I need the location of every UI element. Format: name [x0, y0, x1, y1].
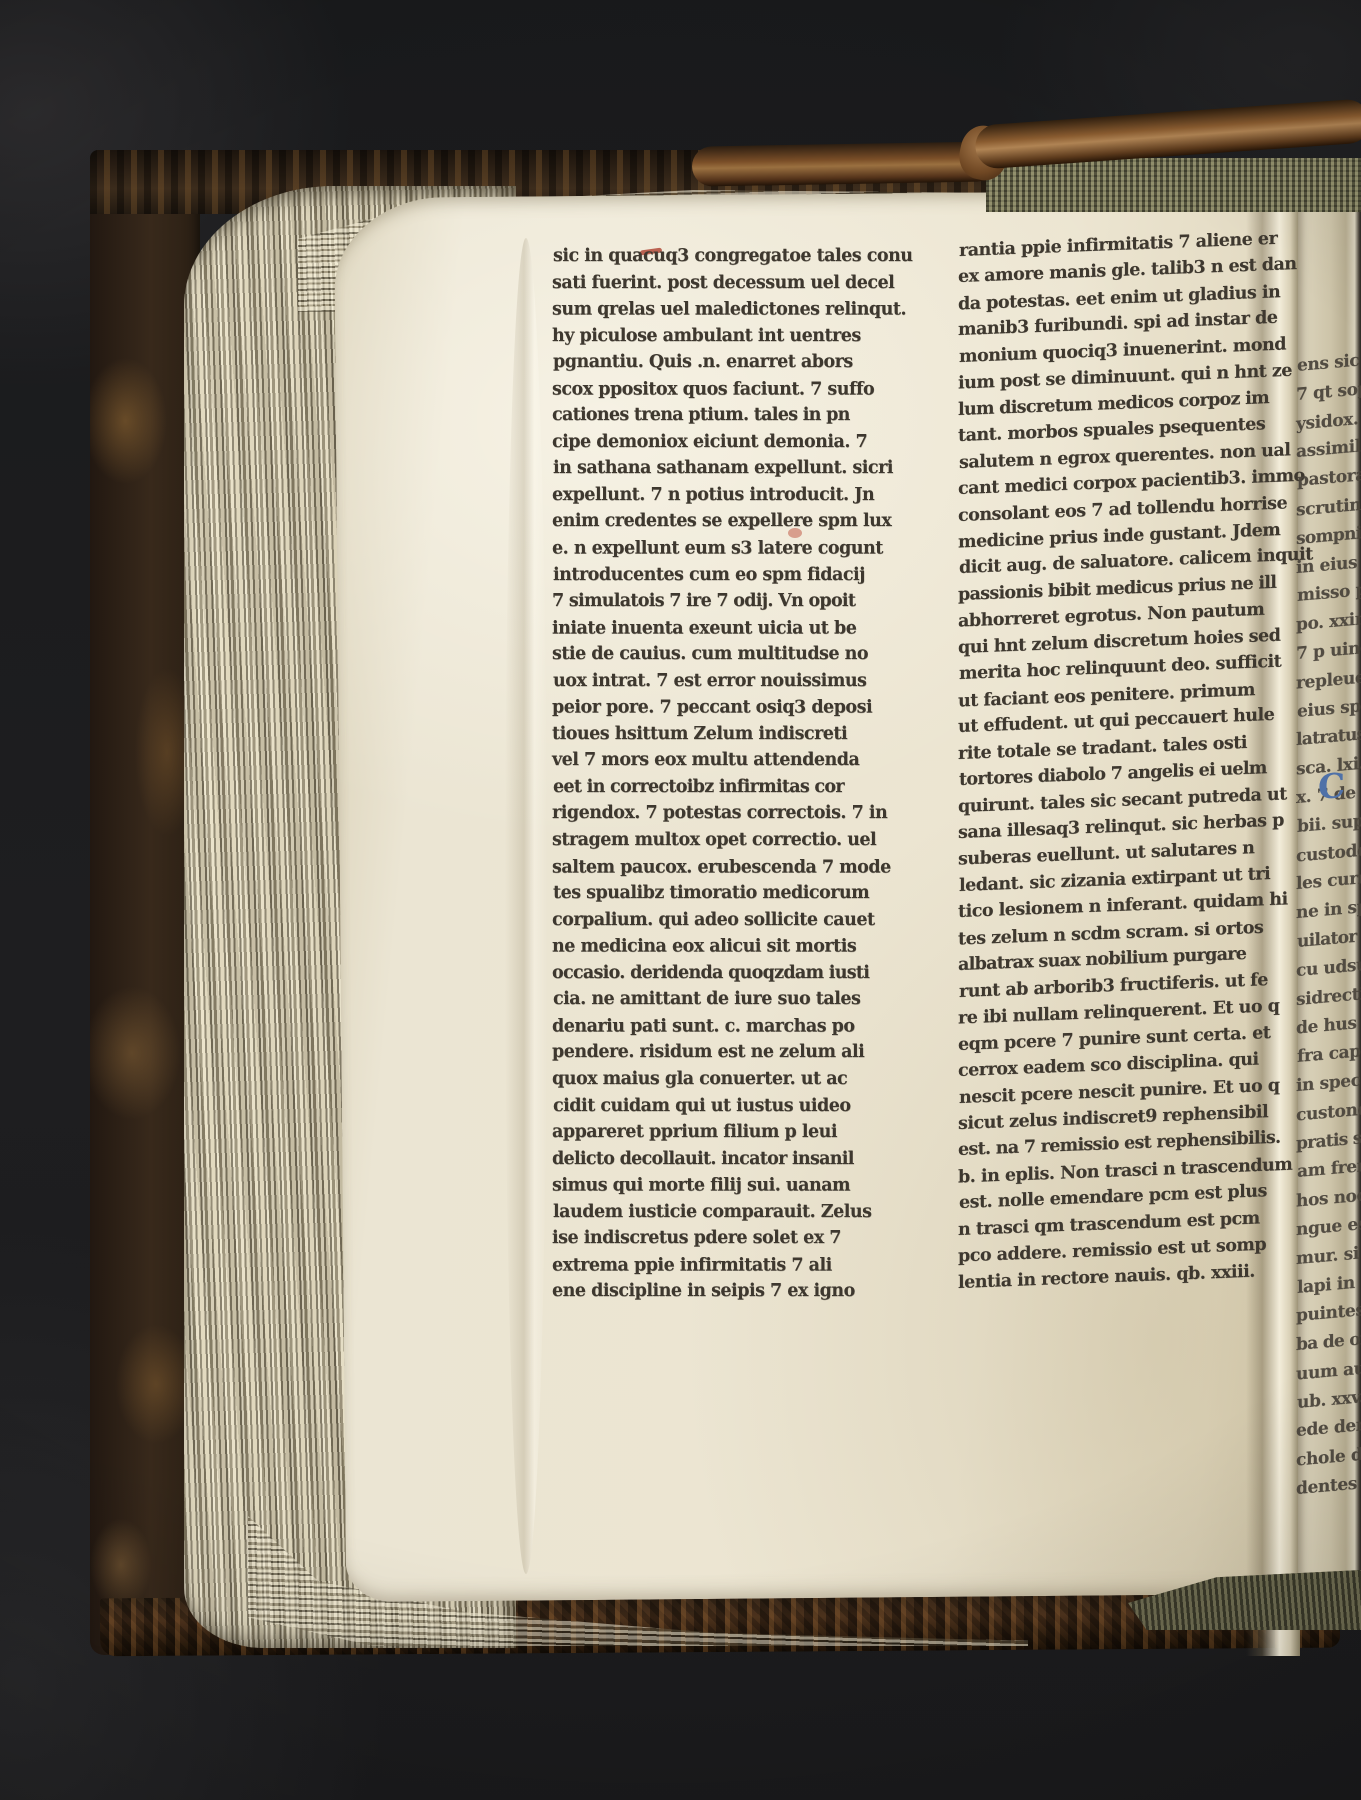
manuscript-line: simus qui morte filij sui. uanam: [552, 1173, 944, 1200]
manuscript-line: corpalium. qui adeo sollicite cauet: [552, 907, 944, 934]
manuscript-line: pgnantiu. Quis .n. enarret abors: [553, 349, 945, 376]
manuscript-line: introducentes cum eo spm fidacij: [553, 562, 945, 589]
manuscript-line: enim credentes se expellere spm lux: [552, 508, 944, 535]
manuscript-line: scox ppositox quos faciunt. 7 suffo: [552, 376, 944, 403]
manuscript-line: iniate inuenta exeunt uicia ut be: [552, 615, 944, 642]
manuscript-line: laudem iusticie comparauit. Zelus: [553, 1199, 945, 1226]
manuscript-line: delicto decollauit. incator insanil: [552, 1146, 944, 1173]
manuscript-line: stragem multox opet correctio. uel: [552, 827, 944, 854]
manuscript-line: ne medicina eox alicui sit mortis: [552, 934, 944, 961]
manuscript-line: cationes trena ptium. tales in pn: [552, 402, 944, 429]
manuscript-line: sic in quacuq3 congregatoe tales conu: [553, 243, 945, 270]
manuscript-line: extrema ppie infirmitatis 7 ali: [552, 1252, 944, 1279]
manuscript-line: peior pore. 7 peccant osiq3 deposi: [552, 695, 944, 722]
manuscript-line: e. n expellunt eum s3 latere cogunt: [552, 536, 944, 563]
manuscript-line: cia. ne amittant de iure suo tales: [553, 986, 945, 1013]
spine-cloth-top: [986, 158, 1361, 212]
manuscript-photograph: sic in quacuq3 congregatoe tales conusat…: [0, 0, 1361, 1800]
manuscript-line: ene discipline in seipis 7 ex igno: [552, 1278, 944, 1305]
manuscript-line: quox maius gla conuerter. ut ac: [552, 1066, 944, 1093]
text-column-right: rantia ppie infirmitatis 7 aliene erex a…: [958, 225, 1300, 1296]
manuscript-line: uox intrat. 7 est error nouissimus: [553, 668, 945, 695]
manuscript-line: tioues hsittum Zelum indiscreti: [552, 721, 944, 748]
manuscript-line: stie de cauius. cum multitudse no: [552, 641, 944, 668]
manuscript-line: rigendox. 7 potestas correctois. 7 in: [552, 800, 944, 827]
manuscript-line: tes spualibz timoratio medicorum: [553, 880, 945, 907]
manuscript-line: vel 7 mors eox multu attendenda: [552, 747, 944, 774]
manuscript-line: cipe demoniox eiciunt demonia. 7: [552, 429, 944, 456]
manuscript-line: 7 simulatois 7 ire 7 odij. Vn opoit: [552, 588, 944, 615]
manuscript-line: expellunt. 7 n potius introducit. Jn: [552, 482, 944, 509]
text-column-left: sic in quacuq3 congregatoe tales conusat…: [552, 243, 944, 1305]
manuscript-line: sati fuerint. post decessum uel decel: [552, 270, 944, 297]
text-column-facing-page-fragment: ens sic7 qt sopysidox. passimilpastorals…: [1296, 341, 1361, 1504]
manuscript-line: saltem paucox. erubescenda 7 mode: [552, 854, 944, 881]
manuscript-line: occasio. deridenda quoqzdam iusti: [552, 960, 944, 987]
manuscript-line: cidit cuidam qui ut iustus uideo: [553, 1093, 945, 1120]
illuminated-initial: C: [1318, 769, 1345, 805]
manuscript-line: in sathana sathanam expellunt. sicri: [553, 455, 945, 482]
manuscript-line: sum qrelas uel maledictones relinqut.: [552, 297, 944, 324]
manuscript-line: eet in correctoibz infirmitas cor: [553, 774, 945, 801]
manuscript-line: pendere. risidum est ne zelum ali: [552, 1039, 944, 1066]
manuscript-line: hy piculose ambulant int uentres: [552, 323, 944, 350]
manuscript-line: denariu pati sunt. c. marchas po: [552, 1013, 944, 1040]
page-left-crease: [505, 238, 547, 1574]
manuscript-line: ise indiscretus pdere solet ex 7: [552, 1225, 944, 1252]
manuscript-line: appareret pprium filium p leui: [552, 1119, 944, 1146]
binding-strap-left: [692, 141, 998, 186]
